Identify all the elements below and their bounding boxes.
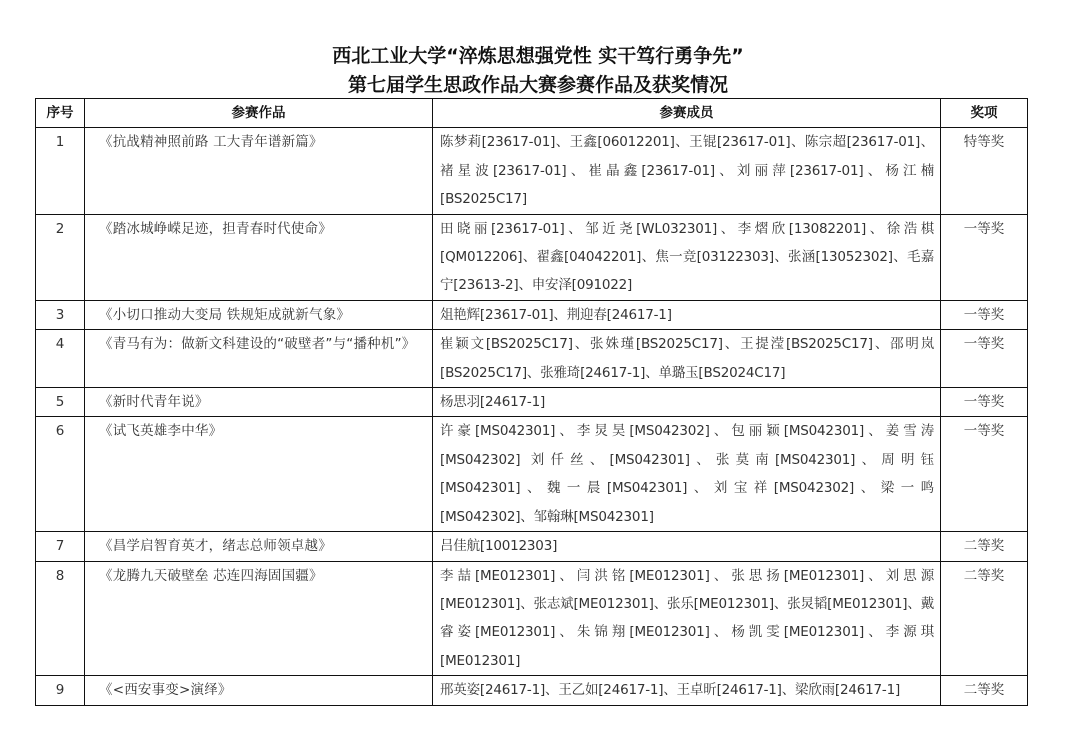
table-row: 4 《青马有为：做新文科建设的“破壁者”与“播种机”》 崔颖文[BS2025C1… (36, 330, 1028, 388)
table-row: 7 《昌学启智育英才，绪志总师领卓越》 吕佳航[10012303] 二等奖 (36, 532, 1028, 561)
row-award: 二等奖 (941, 676, 1028, 705)
row-work: 《试飞英雄李中华》 (85, 417, 433, 532)
header-work: 参赛作品 (85, 99, 433, 128)
awards-table: 序号 参赛作品 参赛成员 奖项 1 《抗战精神照前路 工大青年谱新篇》 陈梦莉[… (35, 98, 1028, 706)
header-members: 参赛成员 (433, 99, 941, 128)
table-row: 1 《抗战精神照前路 工大青年谱新篇》 陈梦莉[23617-01]、王鑫[060… (36, 128, 1028, 214)
row-award: 一等奖 (941, 300, 1028, 329)
document-title-line1: 西北工业大学“淬炼思想强党性 实干笃行勇争先” (0, 44, 1076, 68)
table-header-row: 序号 参赛作品 参赛成员 奖项 (36, 99, 1028, 128)
row-members: 崔颖文[BS2025C17]、张姝瑾[BS2025C17]、王提滢[BS2025… (433, 330, 941, 388)
row-members: 陈梦莉[23617-01]、王鑫[06012201]、王锟[23617-01]、… (433, 128, 941, 214)
table-row: 6 《试飞英雄李中华》 许豪[MS042301]、李炅昊[MS042302]、包… (36, 417, 1028, 532)
row-award: 二等奖 (941, 561, 1028, 676)
row-award: 一等奖 (941, 330, 1028, 388)
row-award: 一等奖 (941, 388, 1028, 417)
row-members: 吕佳航[10012303] (433, 532, 941, 561)
row-work: 《龙腾九天破壁垒 芯连四海固国疆》 (85, 561, 433, 676)
table-row: 2 《踏冰城峥嵘足迹，担青春时代使命》 田晓丽[23617-01]、邹近尧[WL… (36, 214, 1028, 300)
table-row: 3 《小切口推动大变局 铁规矩成就新气象》 俎艳辉[23617-01]、荆迎春[… (36, 300, 1028, 329)
row-work: 《<西安事变>演绎》 (85, 676, 433, 705)
row-award: 一等奖 (941, 214, 1028, 300)
row-members: 俎艳辉[23617-01]、荆迎春[24617-1] (433, 300, 941, 329)
row-index: 9 (36, 676, 85, 705)
row-index: 8 (36, 561, 85, 676)
row-index: 4 (36, 330, 85, 388)
row-index: 5 (36, 388, 85, 417)
table-row: 5 《新时代青年说》 杨思羽[24617-1] 一等奖 (36, 388, 1028, 417)
row-award: 二等奖 (941, 532, 1028, 561)
row-work: 《新时代青年说》 (85, 388, 433, 417)
row-members: 邢英姿[24617-1]、王乙如[24617-1]、王卓昕[24617-1]、梁… (433, 676, 941, 705)
row-award: 一等奖 (941, 417, 1028, 532)
row-index: 7 (36, 532, 85, 561)
row-index: 1 (36, 128, 85, 214)
row-members: 田晓丽[23617-01]、邹近尧[WL032301]、李熠欣[13082201… (433, 214, 941, 300)
row-index: 3 (36, 300, 85, 329)
row-work: 《小切口推动大变局 铁规矩成就新气象》 (85, 300, 433, 329)
row-members: 李喆[ME012301]、闫洪铭[ME012301]、张思扬[ME012301]… (433, 561, 941, 676)
row-index: 6 (36, 417, 85, 532)
document-title-line2: 第七届学生思政作品大赛参赛作品及获奖情况 (0, 73, 1076, 97)
row-work: 《青马有为：做新文科建设的“破壁者”与“播种机”》 (85, 330, 433, 388)
row-index: 2 (36, 214, 85, 300)
row-work: 《踏冰城峥嵘足迹，担青春时代使命》 (85, 214, 433, 300)
header-index: 序号 (36, 99, 85, 128)
row-members: 许豪[MS042301]、李炅昊[MS042302]、包丽颖[MS042301]… (433, 417, 941, 532)
table-row: 8 《龙腾九天破壁垒 芯连四海固国疆》 李喆[ME012301]、闫洪铭[ME0… (36, 561, 1028, 676)
row-award: 特等奖 (941, 128, 1028, 214)
row-work: 《抗战精神照前路 工大青年谱新篇》 (85, 128, 433, 214)
row-members: 杨思羽[24617-1] (433, 388, 941, 417)
table-row: 9 《<西安事变>演绎》 邢英姿[24617-1]、王乙如[24617-1]、王… (36, 676, 1028, 705)
row-work: 《昌学启智育英才，绪志总师领卓越》 (85, 532, 433, 561)
header-award: 奖项 (941, 99, 1028, 128)
